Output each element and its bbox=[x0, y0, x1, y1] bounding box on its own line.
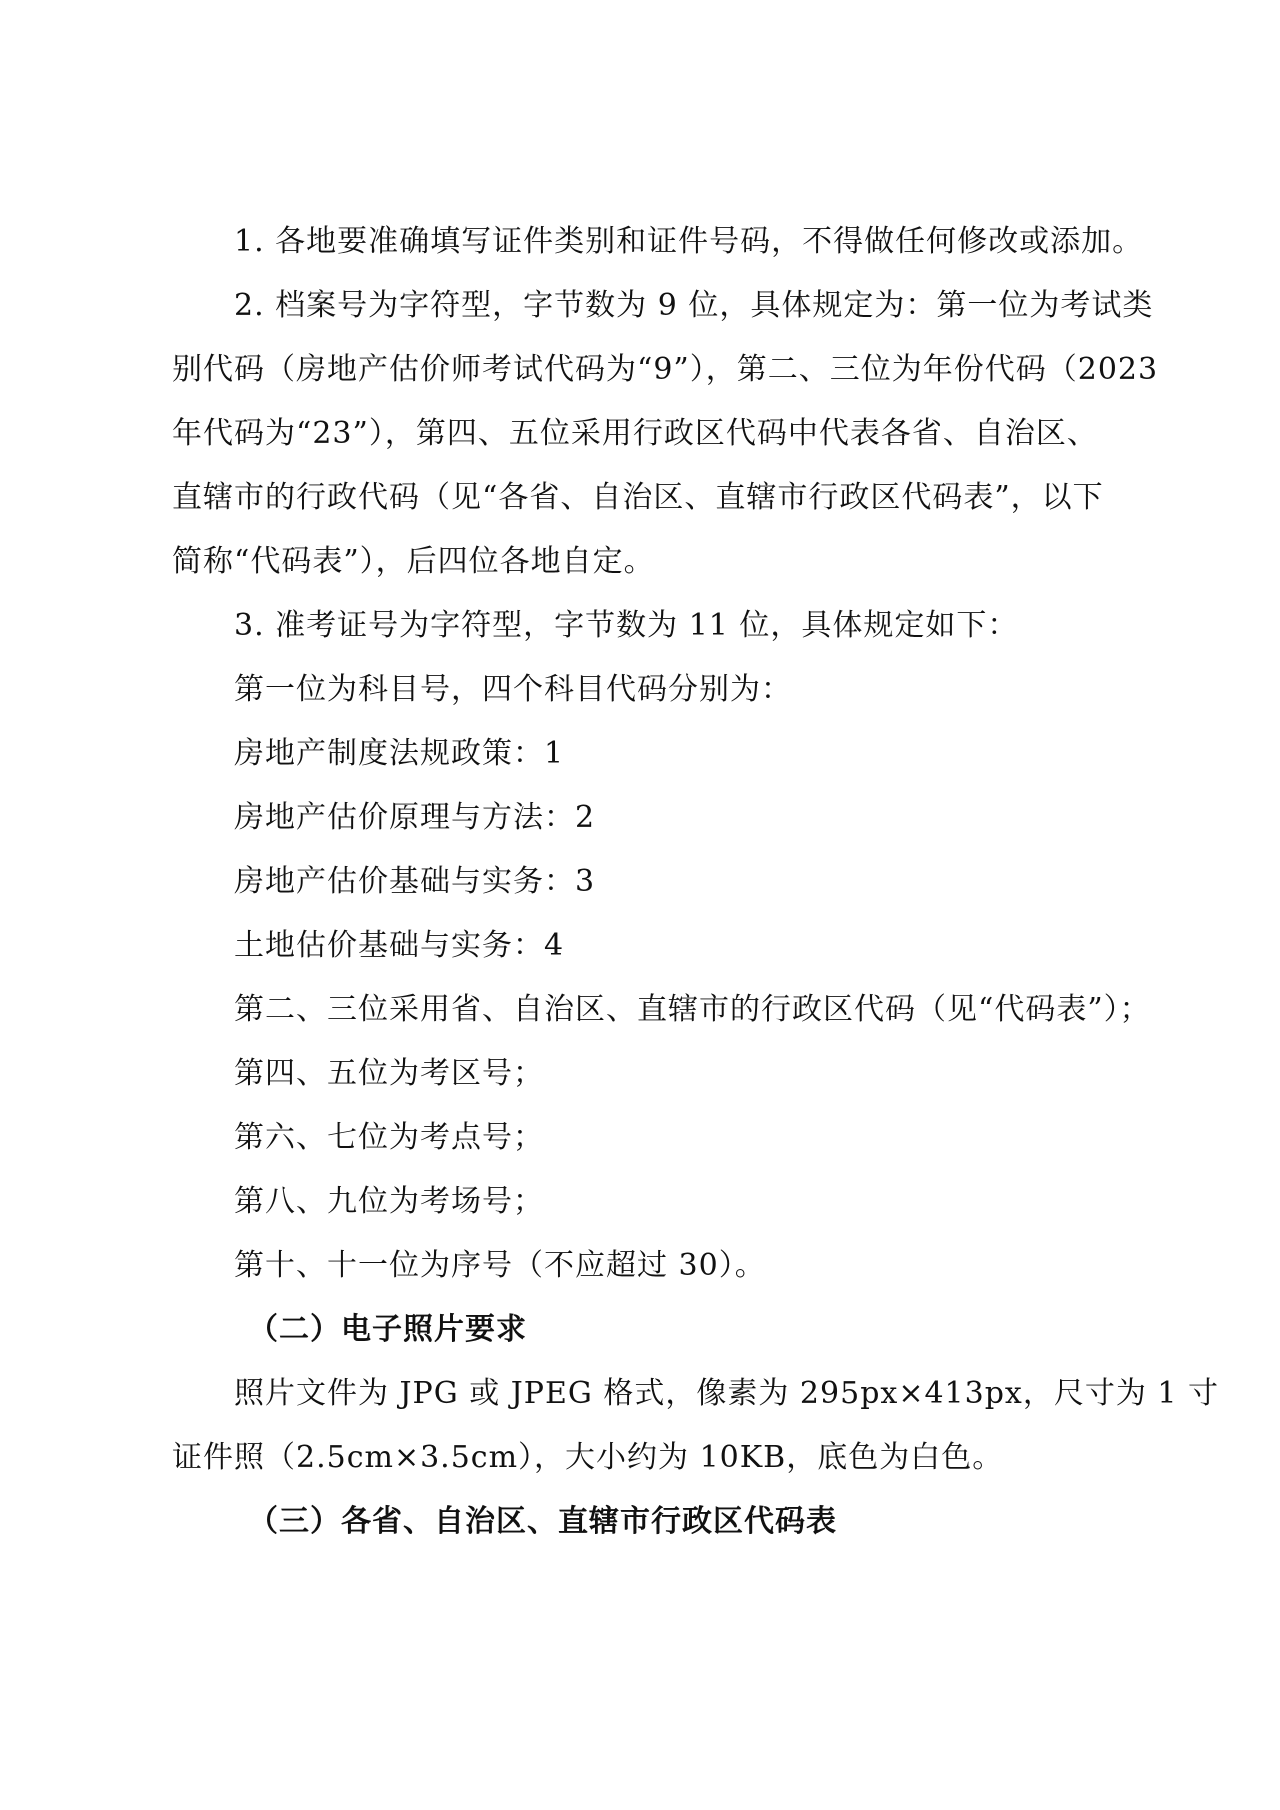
subject-code-intro: 第一位为科目号，四个科目代码分别为： bbox=[234, 670, 792, 710]
document-page: 1. 各地要准确填写证件类别和证件号码，不得做任何修改或添加。 2. 档案号为字… bbox=[0, 0, 1280, 1810]
item-2-archive-number: 2. 档案号为字符型，字节数为 9 位，具体规定为：第一位为考试类 bbox=[234, 286, 1153, 326]
digits-8-9-rule: 第八、九位为考场号； bbox=[234, 1182, 544, 1222]
subject-code-1: 房地产制度法规政策：1 bbox=[234, 734, 564, 774]
subject-code-4: 土地估价基础与实务：4 bbox=[234, 926, 564, 966]
digits-6-7-rule: 第六、七位为考点号； bbox=[234, 1118, 544, 1158]
digits-4-5-rule: 第四、五位为考区号； bbox=[234, 1054, 544, 1094]
section-heading-photo-requirements: （二）电子照片要求 bbox=[248, 1310, 527, 1350]
digits-10-11-rule: 第十、十一位为序号（不应超过 30）。 bbox=[234, 1246, 766, 1286]
subject-code-3: 房地产估价基础与实务：3 bbox=[234, 862, 595, 902]
paragraph-line: 证件照（2.5cm×3.5cm），大小约为 10KB，底色为白色。 bbox=[172, 1438, 1003, 1478]
section-heading-region-code-table: （三）各省、自治区、直辖市行政区代码表 bbox=[248, 1502, 837, 1542]
item-1-certificate-info: 1. 各地要准确填写证件类别和证件号码，不得做任何修改或添加。 bbox=[234, 222, 1143, 262]
photo-requirements-text: 照片文件为 JPG 或 JPEG 格式，像素为 295px×413px，尺寸为 … bbox=[234, 1374, 1219, 1414]
digits-2-3-rule: 第二、三位采用省、自治区、直辖市的行政区代码（见“代码表”）； bbox=[234, 990, 1151, 1030]
paragraph-line: 简称“代码表”），后四位各地自定。 bbox=[172, 542, 655, 582]
paragraph-line: 直辖市的行政代码（见“各省、自治区、直辖市行政区代码表”，以下 bbox=[172, 478, 1104, 518]
subject-code-2: 房地产估价原理与方法：2 bbox=[234, 798, 595, 838]
item-3-admission-number: 3. 准考证号为字符型，字节数为 11 位，具体规定如下： bbox=[234, 606, 1018, 646]
paragraph-line: 年代码为“23”），第四、五位采用行政区代码中代表各省、自治区、 bbox=[172, 414, 1098, 454]
paragraph-line: 别代码（房地产估价师考试代码为“9”），第二、三位为年份代码（2023 bbox=[172, 350, 1158, 390]
